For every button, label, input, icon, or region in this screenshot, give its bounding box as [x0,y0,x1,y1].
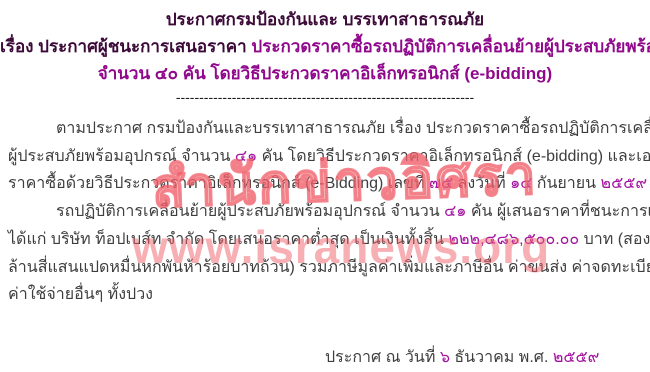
document-title: ประกาศกรมป้องกันและ บรรเทาสาธารณภัยเรื่อ… [0,0,650,87]
text-run: ราคาซื้อด้วยวิธีประกวดราคาอิเล็กทรอนิกส์… [8,175,429,192]
document-line: ได้แก่ บริษัท ท็อปเบส์ท จำกัด โดยเสนอราค… [8,226,642,254]
text-run: บาท (สองร้อยยี่สิบสอง [579,231,650,248]
text-run: รถปฏิบัติการเคลื่อนย้ายผู้ประสบภัยพร้อมอ… [56,203,444,220]
text-run: ๔๑ [444,203,466,220]
text-run: คัน โดยวิธีประกวดราคาอิเล็กทรอนิกส์ (e-b… [257,148,650,165]
dashed-separator: ----------------------------------------… [0,87,650,107]
document-line: ราคาซื้อด้วยวิธีประกวดราคาอิเล็กทรอนิกส์… [8,170,642,198]
title-line: เรื่อง ประกาศผู้ชนะการเสนอราคา ประกวดราค… [0,33,650,60]
text-run: ธันวาคม พ.ศ. [450,349,553,366]
text-run: ๑๔ [510,175,532,192]
text-run: ๗๕ [429,175,453,192]
title-line: จำนวน ๔๐ คัน โดยวิธีประกวดราคาอิเล็กทรอน… [0,60,650,87]
document-body: ตามประกาศ กรมป้องกันและบรรเทาสาธารณภัย เ… [8,115,642,309]
title-line: ประกาศกรมป้องกันและ บรรเทาสาธารณภัย [0,6,650,33]
text-run: ค่าใช้จ่ายอื่นๆ ทั้งปวง [8,286,153,303]
text-run: เรื่อง ประกาศผู้ชนะการเสนอราคา [0,37,251,56]
text-run: คัน ผู้เสนอราคาที่ชนะการเสนอราคา [466,203,650,220]
announcement-document: ประกาศกรมป้องกันและ บรรเทาสาธารณภัยเรื่อ… [0,0,650,372]
document-line: รถปฏิบัติการเคลื่อนย้ายผู้ประสบภัยพร้อมอ… [8,198,642,226]
text-run: ประกาศกรมป้องกันและ บรรเทาสาธารณภัย [166,10,484,29]
text-run: ๒๒๒,๔๘๖,๕๐๐.๐๐ [448,231,579,248]
announcement-date-line: ประกาศ ณ วันที่ ๖ ธันวาคม พ.ศ. ๒๕๕๙ [0,345,650,370]
text-run: จำนวน ๔๐ คัน โดยวิธีประกวดราคาอิเล็กทรอน… [98,64,552,83]
text-run: ๒๕๕๙ [601,175,647,192]
text-run: ตามประกาศ กรมป้องกันและบรรเทาสาธารณภัย เ… [56,120,650,137]
document-line: ผู้ประสบภัยพร้อมอุปกรณ์ จำนวน ๔๑ คัน โดย… [8,143,642,171]
document-line: ล้านสี่แสนแปดหมื่นหกพันห้าร้อยบาทถ้วน) ร… [8,254,642,282]
text-run: ลงวันที่ [453,175,510,192]
text-run: ๖ [440,349,450,366]
text-run: ประกาศ ณ วันที่ [325,349,440,366]
text-run: ๒๕๕๙ [553,349,599,366]
text-run: ผู้ประสบภัยพร้อมอุปกรณ์ จำนวน [8,148,235,165]
text-run: ประกวดราคาซื้อรถปฏิบัติการเคลื่อนย้ายผู้… [251,37,650,56]
document-line: ค่าใช้จ่ายอื่นๆ ทั้งปวง [8,281,642,309]
text-run: ๔๑ [235,148,257,165]
document-line: ตามประกาศ กรมป้องกันและบรรเทาสาธารณภัย เ… [8,115,642,143]
text-run: ล้านสี่แสนแปดหมื่นหกพันห้าร้อยบาทถ้วน) ร… [8,259,650,276]
text-run: กันยายน [532,175,600,192]
text-run: ได้แก่ บริษัท ท็อปเบส์ท จำกัด โดยเสนอราค… [8,231,448,248]
